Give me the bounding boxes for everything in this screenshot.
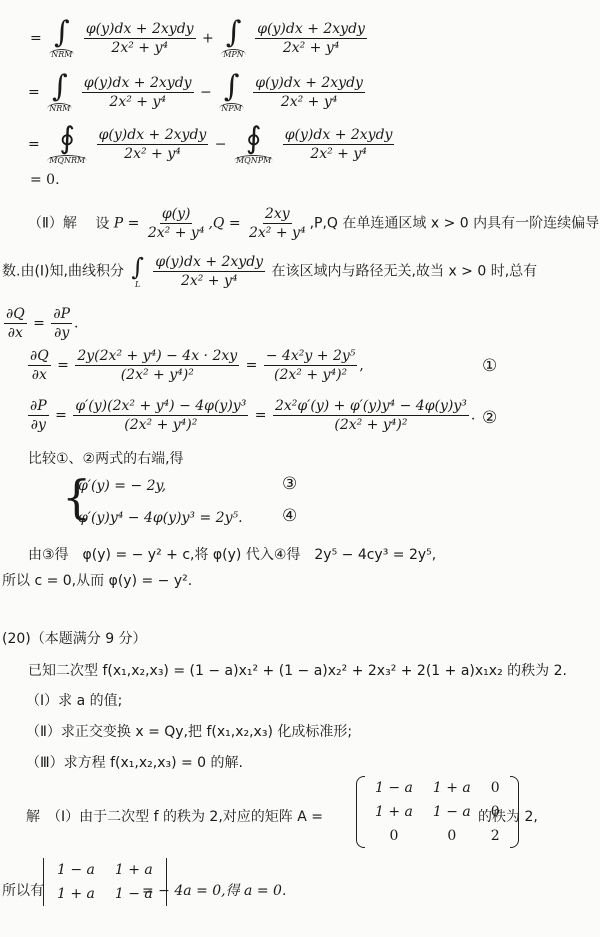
relation-equation: ∂Q∂x = ∂P∂y.: [2, 306, 78, 341]
problem-statement: 已知二次型 f(x₁,x₂,x₃) = (1 − a)x₁² + (1 − a)…: [28, 660, 567, 680]
problem-part-1: （Ⅰ）求 a 的值;: [26, 690, 122, 710]
part-label: （Ⅱ）解: [28, 216, 77, 232]
part2-setup-line: （Ⅱ）解 设 P = φ(y)2x² + y⁴,Q = 2xy2x² + y⁴,…: [28, 206, 599, 241]
substitution-line: 由③得 φ(y) = − y² + c,将 φ(y) 代入④得 2y⁵ − 4c…: [28, 544, 436, 564]
equation-line-1: = ∫NRM φ(y)dx + 2xydy2x² + y⁴ + ∫MPN φ(y…: [30, 18, 369, 59]
equation-line-3: = ∮MQNRM φ(y)dx + 2xydy2x² + y⁴ − ∮MQNPM…: [28, 124, 396, 165]
problem-part-2: （Ⅱ）求正交变换 x = Qy,把 f(x₁,x₂,x₃) 化成标准形;: [26, 721, 352, 741]
equation-tag-1: ①: [482, 356, 497, 376]
line-integral: ∫NRM: [49, 18, 74, 59]
determinant-result: = − 4a = 0,得 a = 0.: [142, 880, 286, 900]
equation-line-2: = ∫NRM φ(y)dx + 2xydy2x² + y⁴ − ∫NPM φ(y…: [28, 72, 367, 113]
rank-text: 的秩为 2,: [478, 806, 538, 826]
dQdx-equation: ∂Q∂x = 2y(2x² + y⁴) − 4x · 2xy(2x² + y⁴)…: [26, 348, 506, 383]
compare-text: 比较①、②两式的右端,得: [28, 448, 184, 468]
determinant-lead: 所以有: [2, 880, 44, 900]
dPdy-equation: ∂P∂y = φ′(y)(2x² + y⁴) − 4φ(y)y³(2x² + y…: [26, 398, 475, 433]
part2-path-independence-line: 数.由(Ⅰ)知,曲线积分 ∫L φ(y)dx + 2xydy2x² + y⁴ 在…: [2, 254, 537, 289]
equation-tag-4: ④: [282, 506, 297, 526]
result-zero: = 0.: [30, 172, 60, 188]
equation-tag-2: ②: [482, 408, 497, 428]
problem-header: (20)（本题满分 9 分）: [2, 628, 147, 648]
equation-tag-3: ③: [282, 474, 297, 494]
conclusion-line: 所以 c = 0,从而 φ(y) = − y².: [2, 570, 192, 590]
line-integral: ∫MPN: [221, 18, 246, 59]
solution-lead: 解 （Ⅰ）由于二次型 f 的秩为 2,对应的矩阵 A =: [26, 806, 323, 826]
problem-part-3: （Ⅲ）求方程 f(x₁,x₂,x₃) = 0 的解.: [26, 752, 243, 772]
